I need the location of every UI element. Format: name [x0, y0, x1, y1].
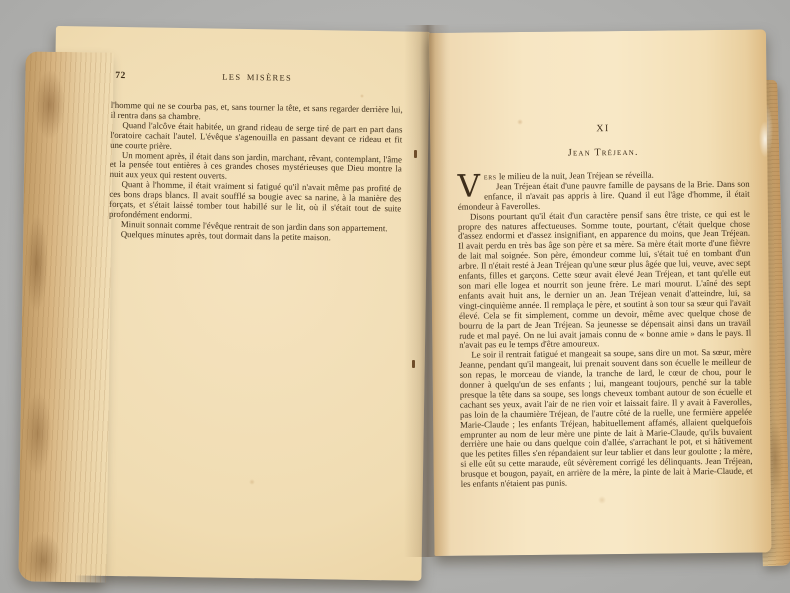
chapter-number: XI	[457, 122, 749, 136]
paragraph: Le soir il rentrait fatigué et mangeait …	[459, 348, 752, 490]
left-page: 72 LES MISÈRES l'homme qui ne se courba …	[47, 26, 430, 581]
binding-thread	[414, 150, 417, 158]
right-page-paragraphs: Jean Tréjean était d'une pauvre famille …	[458, 180, 753, 490]
running-title: LES MISÈRES	[111, 71, 403, 85]
drop-cap: V	[457, 172, 484, 200]
opening-small-caps: ers	[484, 171, 497, 181]
right-page-text: V ers le milieu de la nuit, Jean Tréjean…	[457, 170, 752, 490]
right-page: XI Jean Tréjean. V ers le milieu de la n…	[429, 29, 771, 556]
left-page-text: l'homme qui ne se courba pas, et, sans t…	[109, 101, 403, 244]
open-book-photo: 72 LES MISÈRES l'homme qui ne se courba …	[0, 0, 790, 593]
right-page-content: XI Jean Tréjean. V ers le milieu de la n…	[456, 30, 753, 490]
binding-thread	[412, 360, 415, 368]
paragraph: Quant à l'homme, il était vraiment si fa…	[109, 180, 402, 224]
paragraph: Jean Tréjean était d'une pauvre famille …	[458, 180, 750, 213]
page-number: 72	[115, 71, 126, 81]
chapter-title: Jean Tréjean.	[457, 146, 749, 160]
left-page-header: 72 LES MISÈRES	[111, 71, 403, 87]
paragraph: Disons pourtant qu'il était d'un caractè…	[458, 209, 751, 351]
left-page-content: 72 LES MISÈRES l'homme qui ne se courba …	[109, 71, 404, 244]
